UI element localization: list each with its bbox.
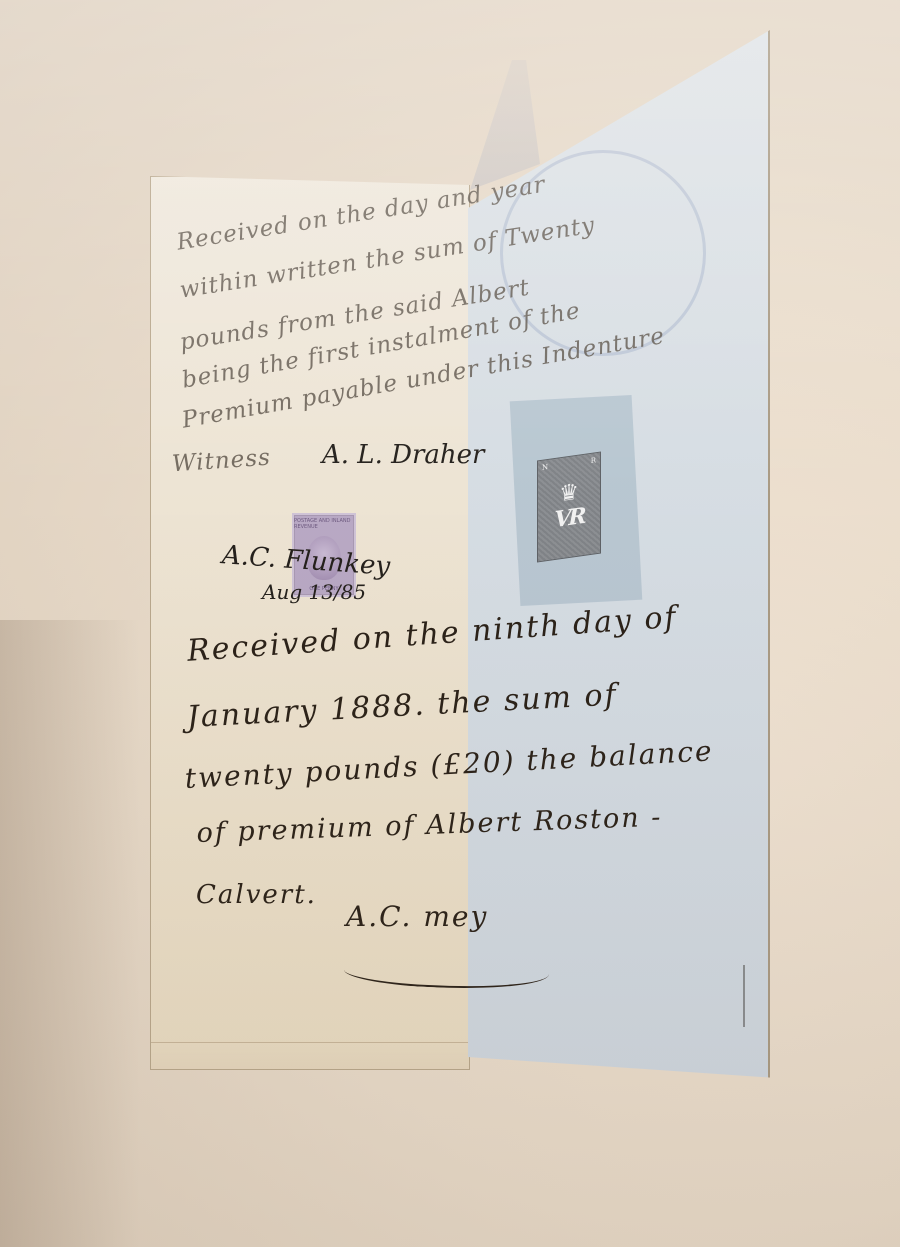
receipt-signature: A.C. mey <box>346 900 488 933</box>
page-shadow <box>470 60 540 190</box>
royal-cipher: VR <box>554 503 583 533</box>
table-shadow <box>0 620 140 1247</box>
crown-icon: ♛ <box>559 482 579 507</box>
embossed-revenue-stamp: N R ♛ VR <box>537 452 601 563</box>
stamp-corner-left: N <box>542 463 548 472</box>
stamp-cancel-date: Aug 13/85 <box>262 580 366 604</box>
stamp-top-text: POSTAGE AND INLAND REVENUE <box>294 518 354 530</box>
pencil-mark <box>743 965 745 1027</box>
lower-receipt-line-5: Calvert. <box>196 880 317 910</box>
witness-signature: A. L. Draher <box>322 440 484 470</box>
stamp-corner-right: R <box>591 456 596 465</box>
